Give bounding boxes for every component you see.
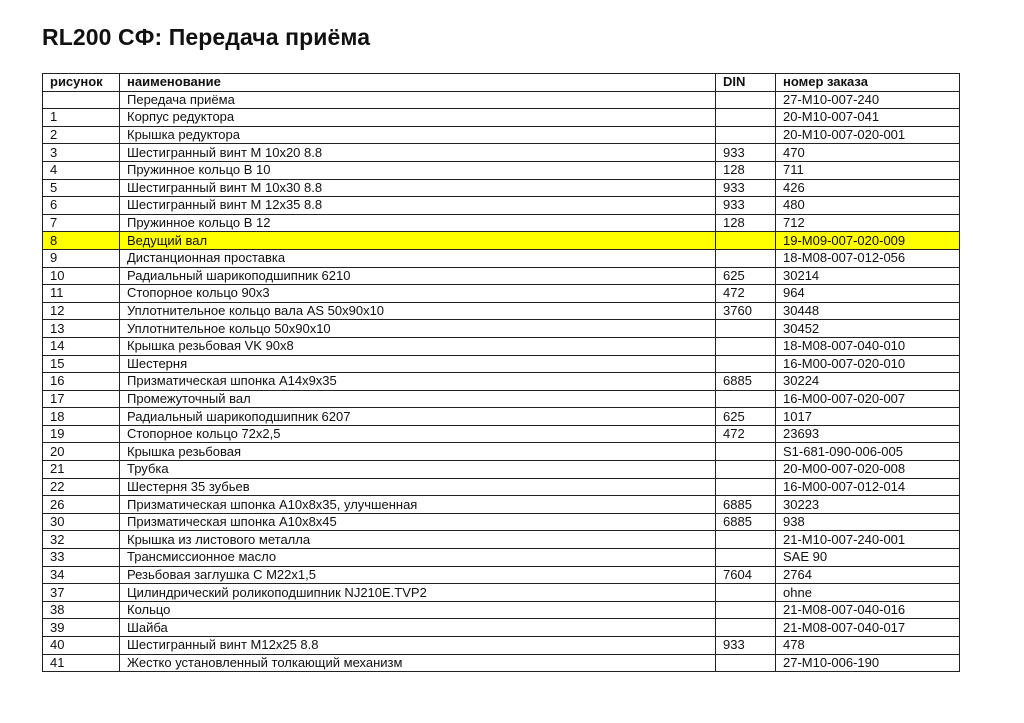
cell-name: Шестигранный винт M12x25 8.8 (120, 637, 716, 655)
cell-din (716, 549, 776, 567)
cell-din: 7604 (716, 566, 776, 584)
cell-name: Шестигранный винт M 10x20 8.8 (120, 144, 716, 162)
table-row: 5Шестигранный винт M 10x30 8.8933426 (43, 179, 960, 197)
cell-order-number: 964 (776, 285, 960, 303)
cell-figure: 15 (43, 355, 120, 373)
cell-order-number: 20-M10-007-041 (776, 109, 960, 127)
cell-order-number: 938 (776, 513, 960, 531)
table-row: 4Пружинное кольцо B 10128711 (43, 161, 960, 179)
cell-figure: 19 (43, 425, 120, 443)
table-row: 33Трансмиссионное маслоSAE 90 (43, 549, 960, 567)
cell-din (716, 355, 776, 373)
cell-din: 933 (716, 637, 776, 655)
table-row: 18Радиальный шарикоподшипник 62076251017 (43, 408, 960, 426)
cell-din (716, 232, 776, 250)
cell-din: 625 (716, 267, 776, 285)
cell-figure: 21 (43, 461, 120, 479)
cell-name: Шестерня 35 зубьев (120, 478, 716, 496)
cell-order-number: 18-M08-007-012-056 (776, 249, 960, 267)
table-row: 37Цилиндрический роликоподшипник NJ210E.… (43, 584, 960, 602)
cell-din (716, 109, 776, 127)
cell-name: Пружинное кольцо B 10 (120, 161, 716, 179)
table-row: 13Уплотнительное кольцо 50x90x1030452 (43, 320, 960, 338)
table-row: 38Кольцо21-M08-007-040-016 (43, 601, 960, 619)
cell-din: 128 (716, 161, 776, 179)
cell-name: Пружинное кольцо B 12 (120, 214, 716, 232)
table-row: 26Призматическая шпонка A10x8x35, улучше… (43, 496, 960, 514)
cell-figure: 6 (43, 197, 120, 215)
cell-figure: 10 (43, 267, 120, 285)
cell-order-number: 480 (776, 197, 960, 215)
cell-order-number: 21-M10-007-240-001 (776, 531, 960, 549)
cell-figure: 32 (43, 531, 120, 549)
cell-name: Крышка из листового металла (120, 531, 716, 549)
cell-name: Дистанционная проставка (120, 249, 716, 267)
cell-name: Шайба (120, 619, 716, 637)
cell-din: 933 (716, 197, 776, 215)
cell-name: Стопорное кольцо 90x3 (120, 285, 716, 303)
cell-din: 472 (716, 285, 776, 303)
cell-name: Кольцо (120, 601, 716, 619)
cell-din (716, 320, 776, 338)
cell-order-number: 712 (776, 214, 960, 232)
cell-figure (43, 91, 120, 109)
table-row: 15Шестерня16-M00-007-020-010 (43, 355, 960, 373)
table-row: 41Жестко установленный толкающий механиз… (43, 654, 960, 672)
cell-order-number: 478 (776, 637, 960, 655)
cell-din (716, 337, 776, 355)
cell-figure: 39 (43, 619, 120, 637)
cell-din: 6885 (716, 496, 776, 514)
cell-order-number: 16-M00-007-012-014 (776, 478, 960, 496)
cell-order-number: 711 (776, 161, 960, 179)
cell-figure: 26 (43, 496, 120, 514)
table-row: 14Крышка резьбовая VK 90x818-M08-007-040… (43, 337, 960, 355)
cell-order-number: 23693 (776, 425, 960, 443)
cell-din (716, 531, 776, 549)
cell-din: 625 (716, 408, 776, 426)
table-row: 40Шестигранный винт M12x25 8.8933478 (43, 637, 960, 655)
cell-din (716, 249, 776, 267)
cell-figure: 38 (43, 601, 120, 619)
cell-order-number: 30223 (776, 496, 960, 514)
table-row: 2Крышка редуктора20-M10-007-020-001 (43, 126, 960, 144)
cell-order-number: 21-M08-007-040-017 (776, 619, 960, 637)
cell-din (716, 619, 776, 637)
cell-name: Призматическая шпонка A10x8x35, улучшенн… (120, 496, 716, 514)
cell-order-number: 30452 (776, 320, 960, 338)
cell-name: Шестигранный винт M 10x30 8.8 (120, 179, 716, 197)
cell-din (716, 91, 776, 109)
page-title: RL200 СФ: Передача приёма (42, 24, 370, 51)
table-row: 1Корпус редуктора20-M10-007-041 (43, 109, 960, 127)
cell-figure: 30 (43, 513, 120, 531)
cell-order-number: 2764 (776, 566, 960, 584)
cell-figure: 12 (43, 302, 120, 320)
cell-figure: 11 (43, 285, 120, 303)
cell-figure: 18 (43, 408, 120, 426)
cell-name: Ведущий вал (120, 232, 716, 250)
cell-figure: 1 (43, 109, 120, 127)
cell-order-number: 470 (776, 144, 960, 162)
cell-din: 6885 (716, 513, 776, 531)
cell-order-number: 20-M10-007-020-001 (776, 126, 960, 144)
cell-name: Радиальный шарикоподшипник 6210 (120, 267, 716, 285)
cell-name: Корпус редуктора (120, 109, 716, 127)
cell-order-number: SAE 90 (776, 549, 960, 567)
table-row: 16Призматическая шпонка A14x9x3568853022… (43, 373, 960, 391)
cell-figure: 16 (43, 373, 120, 391)
cell-figure: 33 (43, 549, 120, 567)
cell-figure: 5 (43, 179, 120, 197)
cell-name: Уплотнительное кольцо 50x90x10 (120, 320, 716, 338)
table-row: 30Призматическая шпонка A10x8x456885938 (43, 513, 960, 531)
cell-order-number: 30448 (776, 302, 960, 320)
cell-order-number: 19-M09-007-020-009 (776, 232, 960, 250)
table-row: 6Шестигранный винт M 12x35 8.8933480 (43, 197, 960, 215)
table-row: 32Крышка из листового металла21-M10-007-… (43, 531, 960, 549)
cell-figure: 17 (43, 390, 120, 408)
cell-name: Резьбовая заглушка C M22x1,5 (120, 566, 716, 584)
table-row: 10Радиальный шарикоподшипник 62106253021… (43, 267, 960, 285)
cell-din: 933 (716, 179, 776, 197)
cell-din (716, 601, 776, 619)
cell-din: 933 (716, 144, 776, 162)
table-header-row: рисунок наименование DIN номер заказа (43, 74, 960, 92)
cell-figure: 20 (43, 443, 120, 461)
cell-order-number: 27-M10-007-240 (776, 91, 960, 109)
table-row: 7Пружинное кольцо B 12128712 (43, 214, 960, 232)
table-row: Передача приёма27-M10-007-240 (43, 91, 960, 109)
cell-figure: 9 (43, 249, 120, 267)
cell-figure: 13 (43, 320, 120, 338)
cell-name: Призматическая шпонка A10x8x45 (120, 513, 716, 531)
column-header-name: наименование (120, 74, 716, 92)
cell-name: Крышка редуктора (120, 126, 716, 144)
table-row: 12Уплотнительное кольцо вала AS 50x90x10… (43, 302, 960, 320)
cell-name: Радиальный шарикоподшипник 6207 (120, 408, 716, 426)
cell-figure: 7 (43, 214, 120, 232)
cell-order-number: 20-M00-007-020-008 (776, 461, 960, 479)
cell-figure: 2 (43, 126, 120, 144)
cell-order-number: 16-M00-007-020-010 (776, 355, 960, 373)
column-header-order-number: номер заказа (776, 74, 960, 92)
cell-order-number: 30224 (776, 373, 960, 391)
cell-order-number: 426 (776, 179, 960, 197)
cell-name: Стопорное кольцо 72x2,5 (120, 425, 716, 443)
table-row: 22Шестерня 35 зубьев16-M00-007-012-014 (43, 478, 960, 496)
cell-order-number: 18-M08-007-040-010 (776, 337, 960, 355)
cell-figure: 41 (43, 654, 120, 672)
cell-din (716, 443, 776, 461)
cell-din (716, 584, 776, 602)
cell-figure: 4 (43, 161, 120, 179)
column-header-din: DIN (716, 74, 776, 92)
table-row: 20Крышка резьбоваяS1-681-090-006-005 (43, 443, 960, 461)
cell-name: Передача приёма (120, 91, 716, 109)
cell-name: Шестигранный винт M 12x35 8.8 (120, 197, 716, 215)
cell-name: Жестко установленный толкающий механизм (120, 654, 716, 672)
cell-name: Трансмиссионное масло (120, 549, 716, 567)
cell-name: Шестерня (120, 355, 716, 373)
cell-figure: 14 (43, 337, 120, 355)
cell-order-number: 21-M08-007-040-016 (776, 601, 960, 619)
cell-order-number: 16-M00-007-020-007 (776, 390, 960, 408)
cell-din (716, 461, 776, 479)
cell-order-number: ohne (776, 584, 960, 602)
cell-figure: 34 (43, 566, 120, 584)
cell-name: Крышка резьбовая (120, 443, 716, 461)
table-row: 39Шайба21-M08-007-040-017 (43, 619, 960, 637)
table-row: 3Шестигранный винт M 10x20 8.8933470 (43, 144, 960, 162)
cell-name: Призматическая шпонка A14x9x35 (120, 373, 716, 391)
table-row: 8Ведущий вал19-M09-007-020-009 (43, 232, 960, 250)
cell-order-number: 30214 (776, 267, 960, 285)
table-row: 17Промежуточный вал16-M00-007-020-007 (43, 390, 960, 408)
table-row: 21Трубка20-M00-007-020-008 (43, 461, 960, 479)
cell-din: 3760 (716, 302, 776, 320)
cell-din: 128 (716, 214, 776, 232)
cell-figure: 40 (43, 637, 120, 655)
column-header-figure: рисунок (43, 74, 120, 92)
cell-din (716, 478, 776, 496)
cell-name: Цилиндрический роликоподшипник NJ210E.TV… (120, 584, 716, 602)
cell-order-number: S1-681-090-006-005 (776, 443, 960, 461)
cell-figure: 3 (43, 144, 120, 162)
cell-order-number: 1017 (776, 408, 960, 426)
cell-figure: 37 (43, 584, 120, 602)
cell-din (716, 390, 776, 408)
cell-order-number: 27-M10-006-190 (776, 654, 960, 672)
cell-name: Уплотнительное кольцо вала AS 50x90x10 (120, 302, 716, 320)
cell-name: Крышка резьбовая VK 90x8 (120, 337, 716, 355)
cell-figure: 22 (43, 478, 120, 496)
cell-din (716, 126, 776, 144)
table-row: 19Стопорное кольцо 72x2,547223693 (43, 425, 960, 443)
cell-name: Трубка (120, 461, 716, 479)
table-row: 34Резьбовая заглушка C M22x1,576042764 (43, 566, 960, 584)
cell-din: 472 (716, 425, 776, 443)
cell-din (716, 654, 776, 672)
cell-figure: 8 (43, 232, 120, 250)
parts-table: рисунок наименование DIN номер заказа Пе… (42, 73, 960, 672)
parts-table-body: Передача приёма27-M10-007-2401Корпус ред… (43, 91, 960, 672)
cell-name: Промежуточный вал (120, 390, 716, 408)
cell-din: 6885 (716, 373, 776, 391)
table-row: 11Стопорное кольцо 90x3472964 (43, 285, 960, 303)
table-row: 9Дистанционная проставка18-M08-007-012-0… (43, 249, 960, 267)
